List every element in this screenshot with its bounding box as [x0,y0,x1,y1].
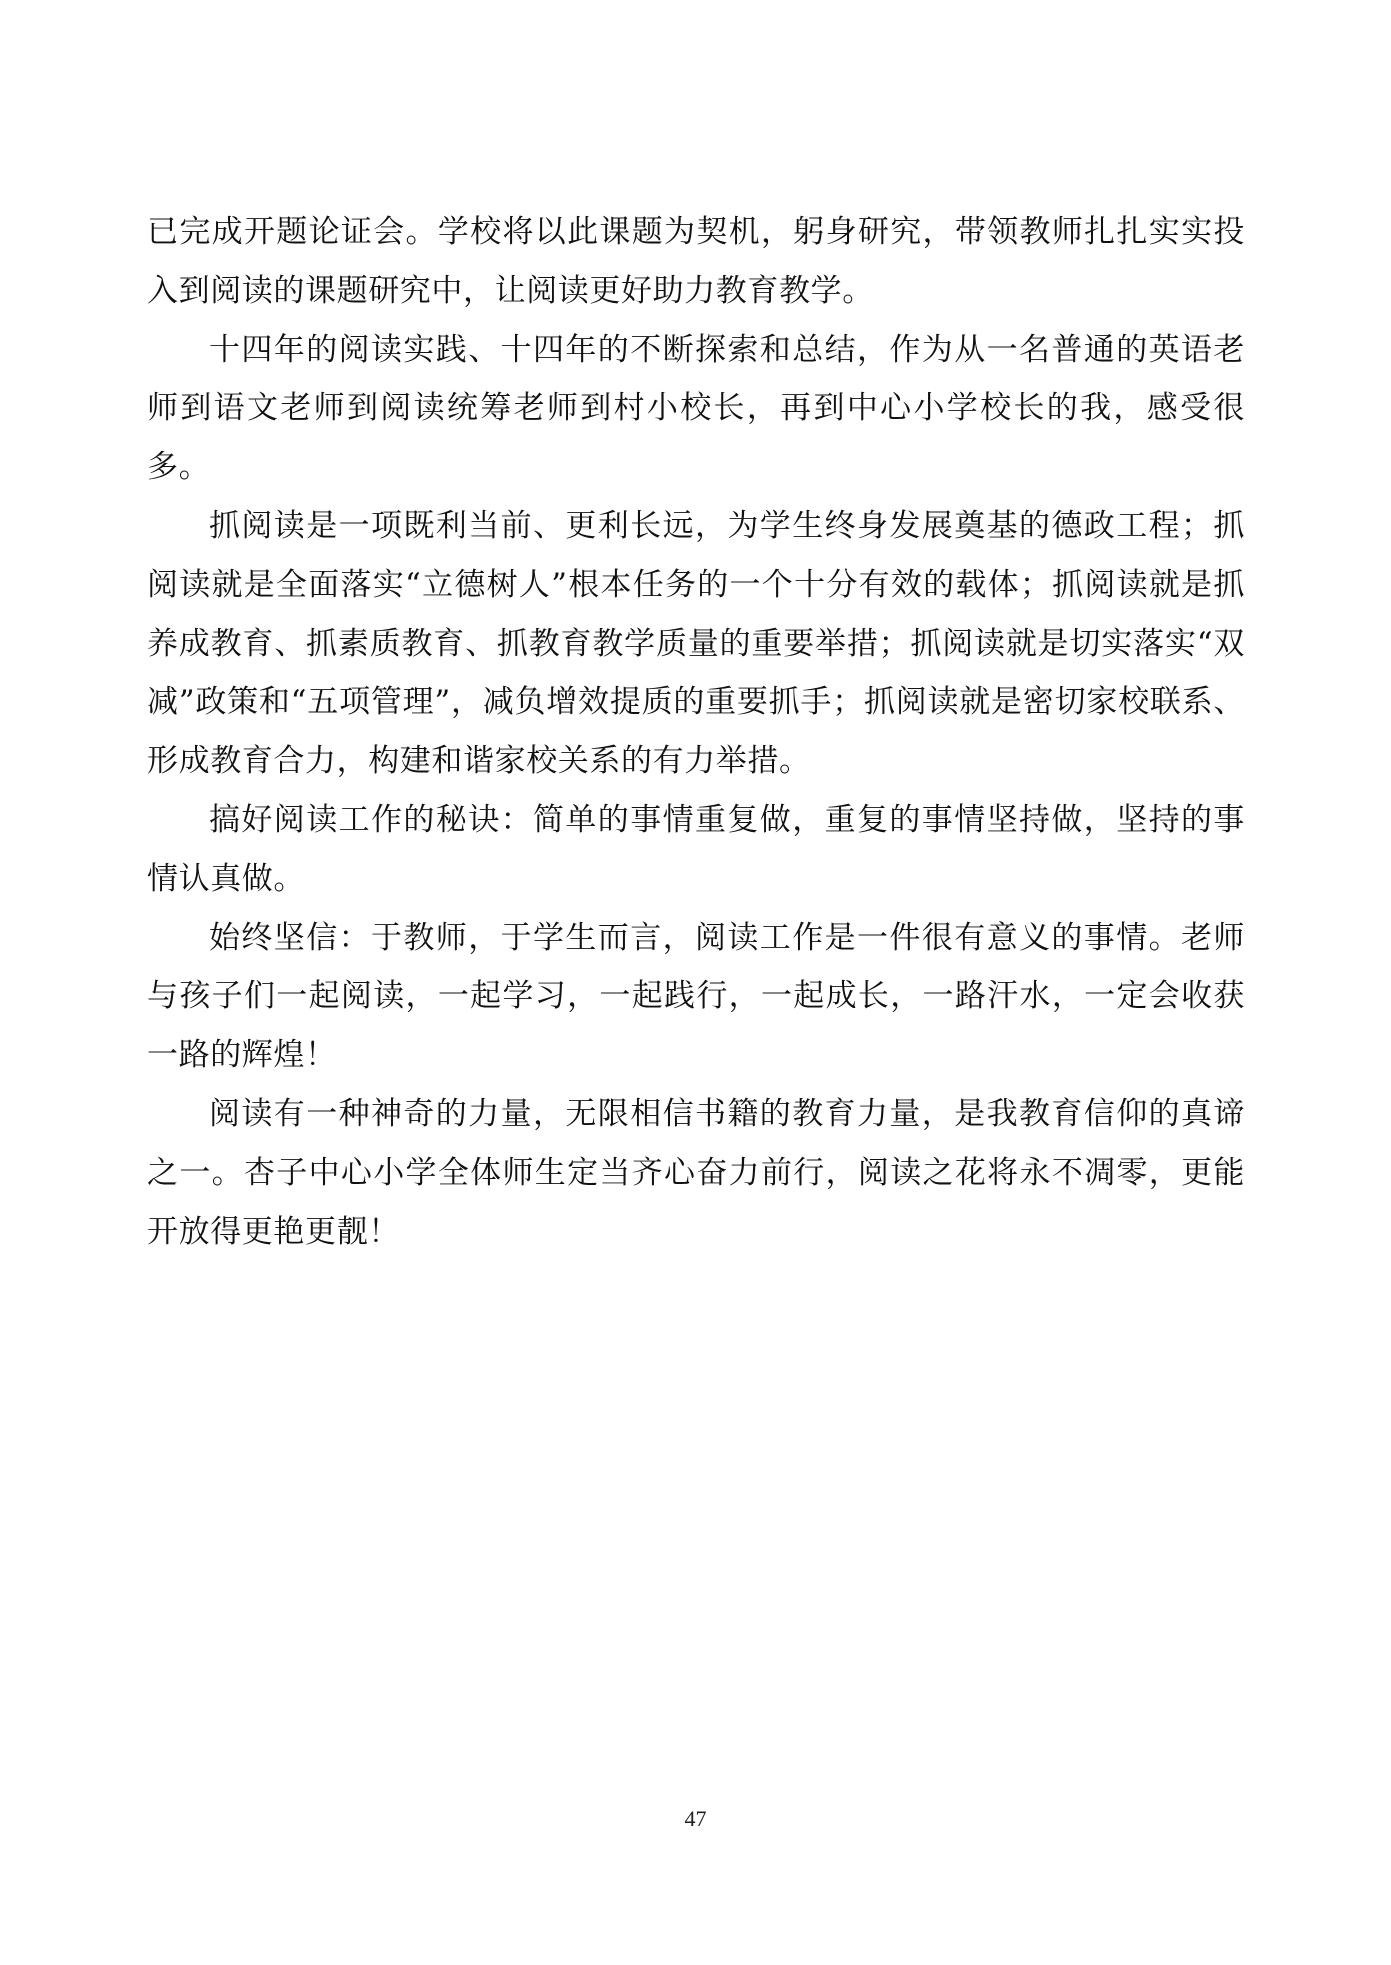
paragraph-5: 始终坚信：于教师，于学生而言，阅读工作是一件很有意义的事情。老师与孩子们一起阅读… [147,909,1245,1085]
paragraph-3: 抓阅读是一项既利当前、更利长远，为学生终身发展奠基的德政工程；抓阅读就是全面落实… [147,497,1245,791]
paragraph-1: 已完成开题论证会。学校将以此课题为契机，躬身研究，带领教师扎扎实实投入到阅读的课… [147,203,1245,321]
document-page: 已完成开题论证会。学校将以此课题为契机，躬身研究，带领教师扎扎实实投入到阅读的课… [0,0,1391,1965]
paragraph-6: 阅读有一种神奇的力量，无限相信书籍的教育力量，是我教育信仰的真谛之一。杏子中心小… [147,1085,1245,1261]
body-text: 已完成开题论证会。学校将以此课题为契机，躬身研究，带领教师扎扎实实投入到阅读的课… [147,203,1245,1261]
paragraph-2: 十四年的阅读实践、十四年的不断探索和总结，作为从一名普通的英语老师到语文老师到阅… [147,321,1245,497]
paragraph-4: 搞好阅读工作的秘诀：简单的事情重复做，重复的事情坚持做，坚持的事情认真做。 [147,791,1245,909]
page-number: 47 [0,1806,1391,1832]
